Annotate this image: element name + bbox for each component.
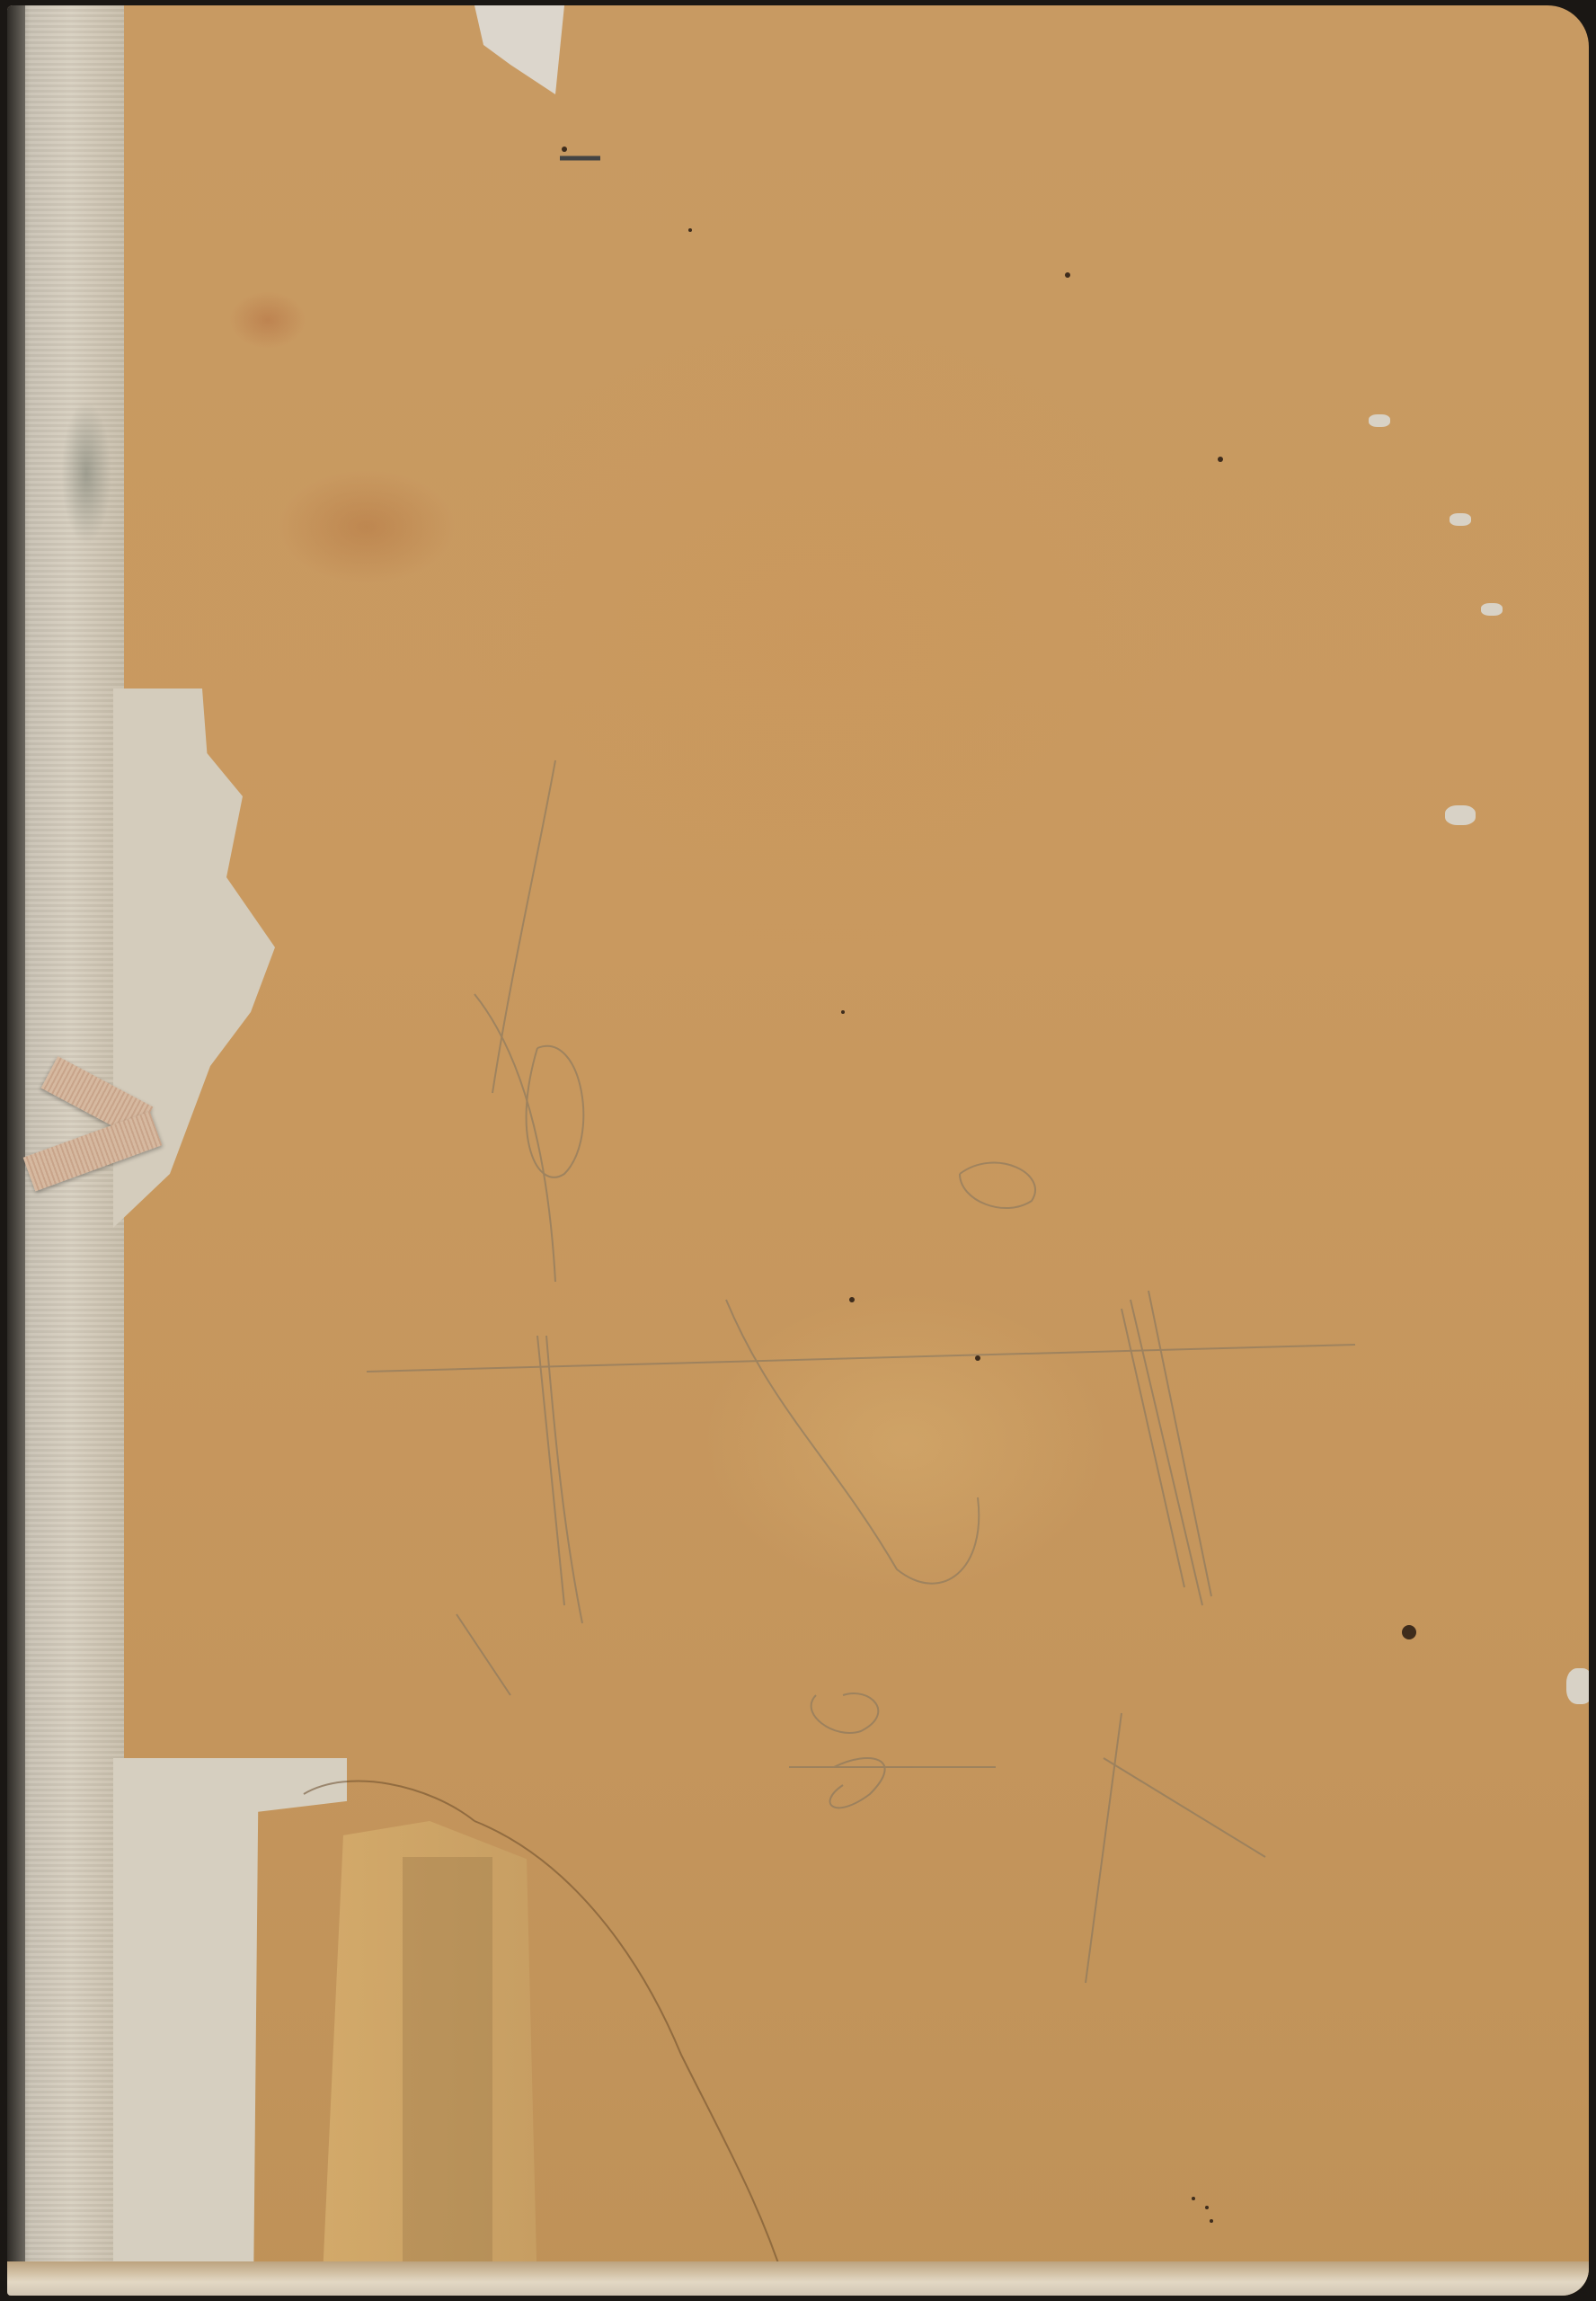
glue-stain [61,401,111,545]
paper-chip [1481,603,1503,616]
paper-chip [1445,805,1476,825]
paper-chip [1369,414,1390,427]
paper-chip [1566,1668,1589,1704]
tape-stain [403,1857,492,2288]
bottom-page-edge [7,2261,1589,2296]
exposed-board-patch [113,1758,347,2296]
spine-shadow [7,5,25,2296]
paper-chip [1450,513,1471,526]
book-cover [7,5,1589,2296]
torn-top-corner [474,5,564,104]
